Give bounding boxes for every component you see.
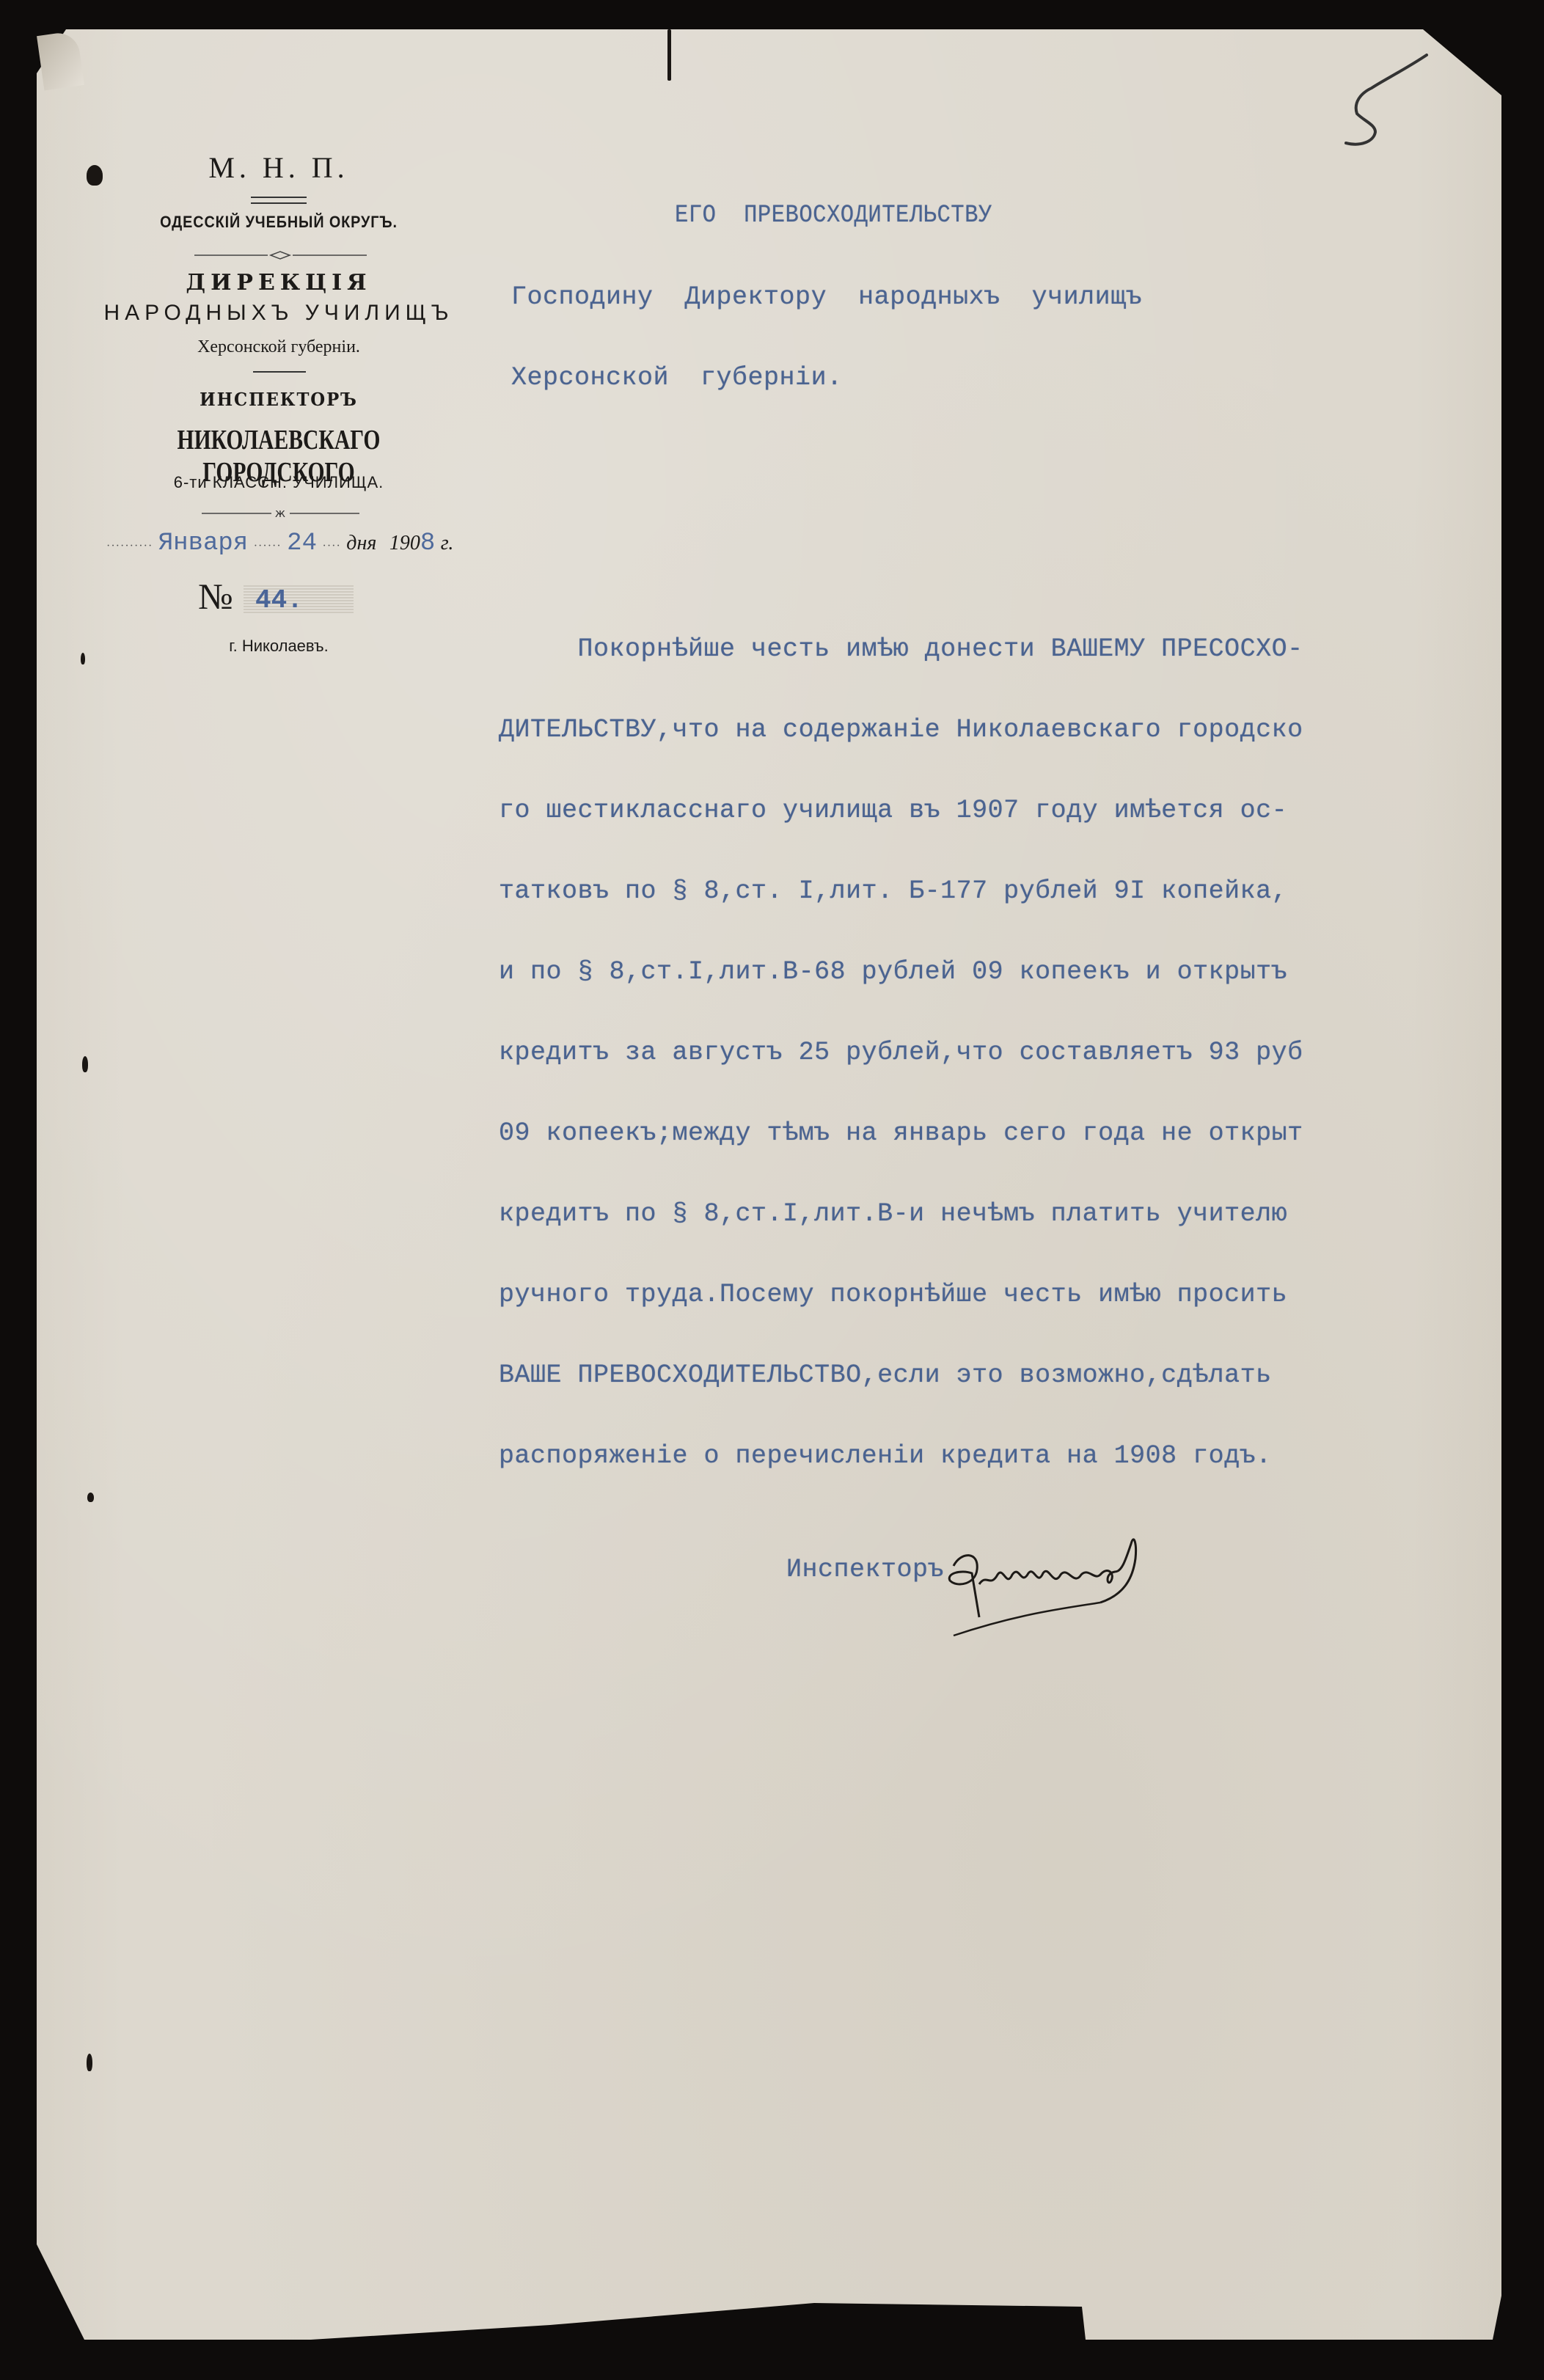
date-month: Января <box>158 530 248 557</box>
handwritten-signature <box>939 1529 1174 1639</box>
date-day: 24 <box>287 530 317 557</box>
address-recipient: Господину Директору народныхъ училищъ <box>511 282 1142 312</box>
body-line: ДИТЕЛЬСТВУ,что на содержаніе Николаевска… <box>499 715 1303 744</box>
punch-hole <box>87 165 103 186</box>
signature-label: Инспекторъ <box>786 1555 944 1584</box>
svg-text:ж: ж <box>275 508 285 519</box>
letterhead-town: г. Николаевъ. <box>103 637 455 656</box>
body-line: Покорнѣйше честь имѣю донести ВАШЕМУ ПРЕ… <box>499 634 1303 664</box>
address-province: Херсонской губерніи. <box>511 363 843 392</box>
letterhead-schools: НАРОДНЫХЪ УЧИЛИЩЪ <box>103 301 455 326</box>
body-line: распоряженіе о перечисленіи кредита на 1… <box>499 1441 1272 1471</box>
short-rule-divider <box>253 371 306 373</box>
body-line: 09 копеекъ;между тѣмъ на январь сего год… <box>499 1118 1303 1148</box>
document-number: № 44. <box>198 579 389 619</box>
number-value: 44. <box>255 585 303 615</box>
diamond-ornament-divider <box>194 251 367 260</box>
body-line: татковъ по § 8,ст. I,лит. Б-177 рублей 9… <box>499 876 1287 906</box>
body-line: и по § 8,ст.I,лит.В-68 рублей 09 копеекъ… <box>499 957 1287 986</box>
punch-hole <box>81 653 85 664</box>
punch-hole <box>82 1056 88 1072</box>
letterhead-directorate: ДИРЕКЦІЯ <box>103 270 455 296</box>
letterhead-province: Херсонской губерніи. <box>103 337 455 357</box>
body-line: го шестикласснаго училища въ 1907 году и… <box>499 796 1287 825</box>
date-day-word: дня <box>346 532 376 554</box>
star-ornament-divider: ж <box>202 508 359 519</box>
date-year-prefix: 190 <box>389 532 420 554</box>
punch-hole <box>87 1493 94 1502</box>
date-year-suffix: 8 <box>420 530 435 557</box>
body-line: кредитъ за августъ 25 рублей,что составл… <box>499 1038 1303 1067</box>
number-sign: № <box>198 575 233 618</box>
punch-hole <box>87 2054 92 2071</box>
letterhead-inspector: ИНСПЕКТОРЪ <box>111 389 446 410</box>
letterhead-district: ОДЕССКІЙ УЧЕБНЫЙ ОКРУГЪ. <box>120 213 437 232</box>
body-line: кредитъ по § 8,ст.I,лит.В-и нечѣмъ плати… <box>499 1199 1287 1229</box>
body-line: ручного труда.Посему покорнѣйше честь им… <box>499 1280 1287 1309</box>
body-line: ВАШЕ ПРЕВОСХОДИТЕЛЬСТВО,если это возможн… <box>499 1361 1272 1390</box>
letterhead-institution-type: 6-ти КЛАССН. УЧИЛИЩА. <box>103 473 455 492</box>
address-title: ЕГО ПРЕВОСХОДИТЕЛЬСТВУ <box>675 202 992 230</box>
date-year-abbr: г. <box>441 532 454 554</box>
letterhead-ministry: М. Н. П. <box>103 150 455 185</box>
double-rule-divider <box>251 197 307 204</box>
letterhead-date: ·········· Января ······ 24 ···· дня 190… <box>106 530 451 557</box>
paper-tear <box>667 29 671 81</box>
handwritten-page-number <box>1331 48 1434 150</box>
